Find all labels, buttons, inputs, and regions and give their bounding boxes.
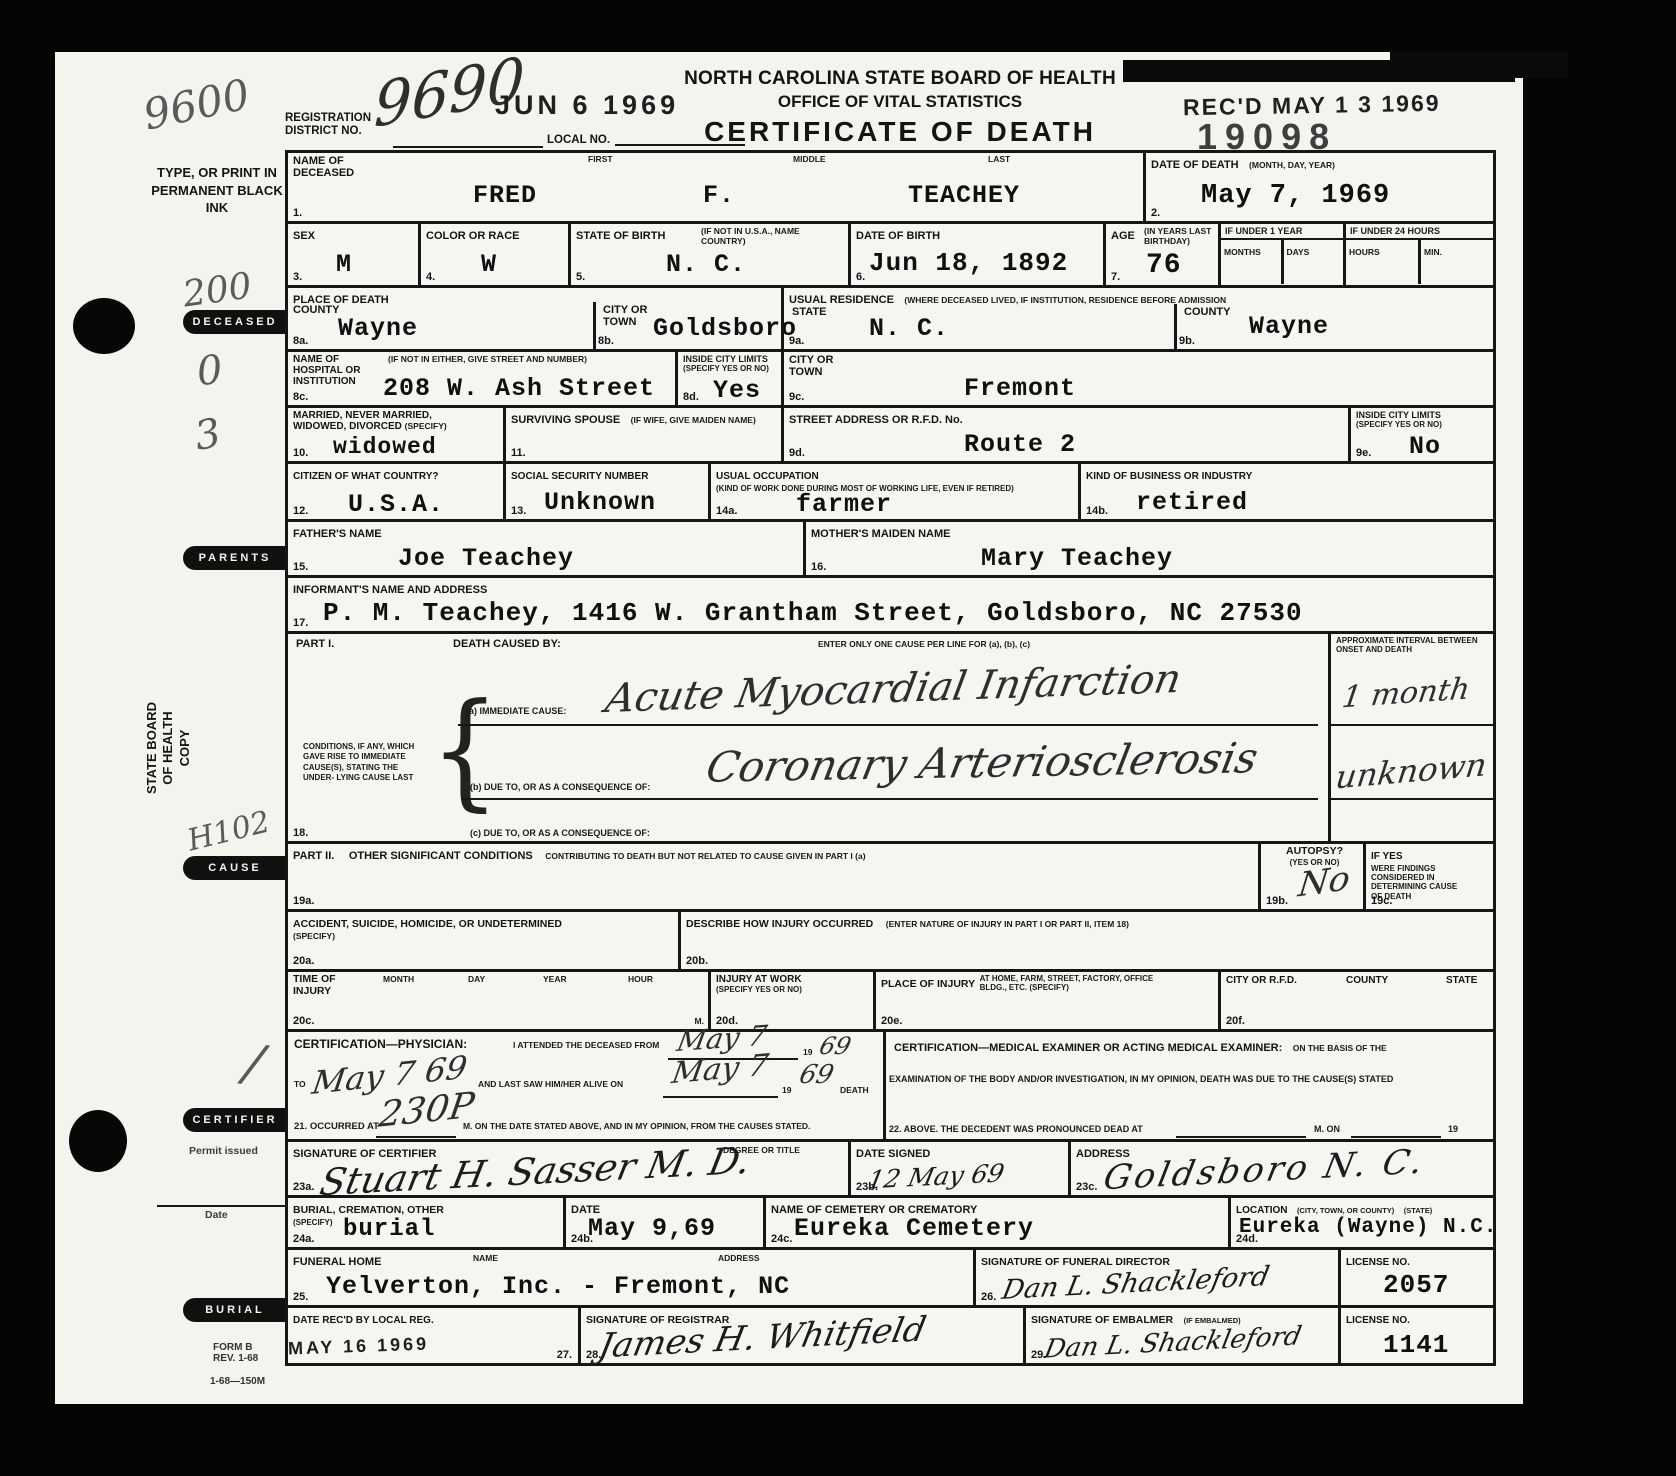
date-of-death-value: May 7, 1969 (1201, 181, 1390, 211)
field-embalmer-license: LICENSE NO. 1141 (1338, 1308, 1493, 1363)
margin-handwritten-mark: / (240, 1033, 268, 1095)
section-part2-other-conditions: PART II. OTHER SIGNIFICANT CONDITIONS CO… (288, 844, 1258, 909)
field-place-of-injury: PLACE OF INJURY AT HOME, FARM, STREET, F… (873, 972, 1218, 1029)
cause-b-value: Coronary Arteriosclerosis (702, 733, 1262, 792)
local-no-label: LOCAL NO. (547, 134, 610, 147)
director-license-value: 2057 (1383, 1270, 1449, 1300)
autopsy-value: No (1296, 859, 1352, 906)
column-first: FIRST (588, 155, 613, 165)
location-value: Eureka (Wayne) N.C. (1239, 1216, 1497, 1239)
field-inside-city-limits-8d: INSIDE CITY LIMITS (SPECIFY YES OR NO) Y… (675, 352, 781, 405)
field-state-of-birth: STATE OF BIRTH (IF NOT IN U.S.A., NAME C… (568, 224, 848, 285)
field-if-under-1-year: IF UNDER 1 YEAR MONTHS DAYS (1218, 224, 1343, 285)
industry-value: retired (1136, 488, 1248, 517)
field-fathers-name: FATHER'S NAME Joe Teachey 15. (288, 522, 803, 575)
cemetery-value: Eureka Cemetery (794, 1214, 1034, 1243)
column-middle: MIDDLE (793, 155, 826, 165)
limits-8d-value: Yes (713, 376, 761, 405)
marital-value: widowed (333, 434, 437, 460)
field-how-injury-occurred: DESCRIBE HOW INJURY OCCURRED (ENTER NATU… (678, 912, 1493, 969)
date-signed-value: 12 May 69 (865, 1159, 1006, 1195)
conditions-note: CONDITIONS, IF ANY, WHICH GAVE RISE TO I… (303, 742, 421, 784)
months-subcell: MONTHS (1221, 240, 1281, 284)
field-city-or-town-9c: CITY ORTOWN Fremont 9c. (781, 352, 1493, 405)
field-funeral-director-signature: SIGNATURE OF FUNERAL DIRECTOR Dan L. Sha… (973, 1250, 1338, 1305)
field-date-of-death: DATE OF DEATH (MONTH, DAY, YEAR) May 7, … (1143, 153, 1493, 221)
field-kind-of-business: KIND OF BUSINESS OR INDUSTRY retired 14b… (1078, 464, 1493, 519)
date-label: Date (205, 1210, 228, 1222)
tab-certifier: CERTIFIER (183, 1108, 287, 1132)
margin-handwritten-number: 9600 (139, 69, 254, 139)
tab-burial: BURIAL (183, 1298, 287, 1322)
middle-name-value: F. (703, 181, 735, 210)
tab-deceased: DECEASED (183, 310, 287, 334)
certificate-form: NAME OFDECEASED FIRST MIDDLE LAST FRED F… (285, 150, 1496, 1366)
mother-value: Mary Teachey (981, 544, 1173, 573)
street-9d-value: Route 2 (964, 430, 1076, 459)
cause-c-label: (c) DUE TO, OR AS A CONSEQUENCE OF: (470, 828, 650, 838)
field-hospital-or-institution: NAME OFHOSPITAL ORINSTITUTION (IF NOT IN… (288, 352, 675, 405)
field-burial-date: DATE May 9,69 24b. (563, 1198, 763, 1247)
last-saw-value: May 7 (669, 1048, 771, 1091)
section-certification-medical-examiner: CERTIFICATION—MEDICAL EXAMINER OR ACTING… (883, 1032, 1493, 1139)
field-marital-status: MARRIED, NEVER MARRIED, WIDOWED, DIVORCE… (288, 408, 503, 461)
interval-a-value: 1 month (1340, 672, 1472, 716)
last-saw-year: 69 (796, 1060, 837, 1090)
certificate-title-block: NORTH CAROLINA STATE BOARD OF HEALTH OFF… (675, 68, 1125, 148)
print-instruction: TYPE, OR PRINT IN PERMANENT BLACK INK (147, 164, 287, 217)
city-9c-value: Fremont (964, 374, 1076, 403)
ssn-value: Unknown (544, 488, 656, 517)
column-approximate-interval: APPROXIMATE INTERVAL BETWEEN ONSET AND D… (1328, 634, 1493, 841)
days-subcell: DAYS (1281, 240, 1344, 284)
local-reg-date-stamp: MAY 16 1969 (288, 1334, 430, 1360)
county-9b-label: COUNTY (1184, 306, 1230, 318)
field-autopsy: AUTOPSY? (YES OR NO) No 19b. (1258, 844, 1363, 909)
cause-a-label: (a) IMMEDIATE CAUSE: (466, 706, 566, 716)
brace: { (430, 676, 500, 823)
state-9a-value: N. C. (869, 314, 949, 343)
tab-parents: PARENTS (183, 546, 287, 570)
margin-handwritten-number: 3 (191, 410, 224, 460)
field-date-recd-local-reg: DATE REC'D BY LOCAL REG. MAY 16 1969 27. (288, 1308, 578, 1363)
field-informant: INFORMANT'S NAME AND ADDRESS P. M. Teach… (288, 578, 1493, 631)
form-number: FORM B REV. 1-68 (213, 1342, 258, 1364)
field-registrar-signature: SIGNATURE OF REGISTRAR James H. Whitfiel… (578, 1308, 1023, 1363)
scanned-death-certificate: 9600 TYPE, OR PRINT IN PERMANENT BLACK I… (0, 0, 1676, 1476)
permit-issued-label: Permit issued (189, 1146, 258, 1158)
column-last: LAST (988, 155, 1010, 165)
margin-handwritten-number: 0 (195, 347, 225, 395)
margin-handwritten-number: 200 (180, 265, 254, 315)
first-name-value: FRED (473, 181, 537, 210)
state-of-birth-value: N. C. (666, 250, 746, 279)
field-certifier-address: ADDRESS Goldsboro N. C. 23c. (1068, 1142, 1493, 1195)
tab-cause: CAUSE (183, 856, 287, 880)
field-director-license: LICENSE NO. 2057 (1338, 1250, 1493, 1305)
field-signature-of-certifier: SIGNATURE OF CERTIFIER DEGREE OR TITLE S… (288, 1142, 848, 1195)
county-9b-value: Wayne (1249, 312, 1329, 341)
field-inside-city-limits-9e: INSIDE CITY LIMITS (SPECIFY YES OR NO) N… (1348, 408, 1493, 461)
limits-9e-value: No (1409, 432, 1441, 461)
field-time-of-injury: TIME OFINJURY MONTH DAY YEAR HOUR 20c. M… (288, 972, 708, 1029)
group-usual-residence: USUAL RESIDENCE (WHERE DECEASED LIVED, I… (781, 288, 1493, 349)
punch-hole (73, 298, 135, 354)
certificate-title: CERTIFICATE OF DEATH (675, 116, 1125, 147)
city-8b-value: Goldsboro (653, 314, 797, 343)
cause-b-line (463, 798, 1318, 800)
burial-date-value: May 9,69 (588, 1214, 716, 1243)
field-funeral-home: FUNERAL HOME NAME ADDRESS Yelverton, Inc… (288, 1250, 973, 1305)
certifier-address-value: Goldsboro N. C. (1100, 1142, 1429, 1199)
field-usual-occupation: USUAL OCCUPATION (KIND OF WORK DONE DURI… (708, 464, 1078, 519)
field-name-of-deceased: NAME OFDECEASED FIRST MIDDLE LAST FRED F… (288, 153, 1143, 221)
cause-a-line (458, 724, 1318, 726)
field-surviving-spouse: SURVIVING SPOUSE (IF WIFE, GIVE MAIDEN N… (503, 408, 781, 461)
certificate-paper: 9600 TYPE, OR PRINT IN PERMANENT BLACK I… (55, 52, 1523, 1404)
last-name-value: TEACHEY (908, 181, 1020, 210)
field-date-of-birth: DATE OF BIRTH Jun 18, 1892 6. (848, 224, 1103, 285)
state-9a-label: STATE (792, 306, 826, 318)
hours-subcell: HOURS (1346, 240, 1418, 284)
attended-from-year: 69 (817, 1032, 855, 1060)
registration-line (393, 146, 543, 148)
scan-artifact-bar (1390, 52, 1568, 78)
field-mothers-maiden-name: MOTHER'S MAIDEN NAME Mary Teachey 16. (803, 522, 1493, 575)
field-color-or-race: COLOR OR RACE W 4. (418, 224, 568, 285)
section-part1-cause: PART I. DEATH CAUSED BY: ENTER ONLY ONE … (288, 634, 1328, 841)
field-date-signed: DATE SIGNED 12 May 69 23b. (848, 1142, 1068, 1195)
section-certification-physician: CERTIFICATION—PHYSICIAN: I ATTENDED THE … (288, 1032, 883, 1139)
org-line-2: OFFICE OF VITAL STATISTICS (675, 92, 1125, 111)
registration-district-label: REGISTRATION DISTRICT NO. (285, 112, 371, 138)
field-findings-considered: IF YES WERE FINDINGS CONSIDERED IN DETER… (1363, 844, 1493, 909)
embalmer-signature: Dan L. Shackleford (1042, 1321, 1304, 1364)
group-place-of-death: PLACE OF DEATH COUNTY Wayne 8a. CITY ORT… (288, 288, 781, 349)
race-value: W (481, 250, 497, 279)
occupation-value: farmer (796, 490, 892, 519)
city-8b-label: CITY ORTOWN (603, 304, 647, 329)
age-value: 76 (1146, 250, 1182, 281)
date-of-birth-value: Jun 18, 1892 (869, 248, 1068, 278)
embalmer-license-value: 1141 (1383, 1330, 1449, 1360)
received-date-stamp: JUN 6 1969 (495, 90, 679, 121)
burial-type-value: burial (343, 1216, 435, 1243)
field-embalmer-signature: SIGNATURE OF EMBALMER (IF EMBALMED) Dan … (1023, 1308, 1338, 1363)
field-cemetery-name: NAME OF CEMETERY OR CREMATORY Eureka Cem… (763, 1198, 1228, 1247)
father-value: Joe Teachey (398, 544, 574, 573)
county-8a-label: COUNTY (293, 304, 339, 316)
informant-value: P. M. Teachey, 1416 W. Grantham Street, … (323, 598, 1303, 628)
field-cemetery-location: LOCATION (CITY, TOWN, OR COUNTY) (STATE)… (1228, 1198, 1493, 1247)
print-run-note: 1-68—150M (210, 1376, 265, 1387)
field-if-under-24-hours: IF UNDER 24 HOURS HOURS MIN. (1343, 224, 1493, 285)
interval-b-value: unknown (1334, 746, 1489, 797)
hospital-value: 208 W. Ash Street (383, 374, 655, 403)
org-line-1: NORTH CAROLINA STATE BOARD OF HEALTH (675, 68, 1125, 89)
cause-b-label: (b) DUE TO, OR AS A CONSEQUENCE OF: (470, 782, 650, 792)
field-sex: SEX M 3. (288, 224, 418, 285)
funeral-home-value: Yelverton, Inc. - Fremont, NC (326, 1272, 790, 1301)
cause-a-value: Acute Myocardial Infarction (602, 656, 1185, 722)
county-8a-value: Wayne (338, 314, 418, 343)
field-accident-suicide-homicide: ACCIDENT, SUICIDE, HOMICIDE, OR UNDETERM… (288, 912, 678, 969)
field-burial-cremation: BURIAL, CREMATION, OTHER (SPECIFY) buria… (288, 1198, 563, 1247)
field-injury-location: CITY OR R.F.D. COUNTY STATE 20f. (1218, 972, 1493, 1029)
field-social-security-number: SOCIAL SECURITY NUMBER Unknown 13. (503, 464, 708, 519)
sex-value: M (336, 250, 352, 279)
field-street-address-9d: STREET ADDRESS OR R.F.D. No. Route 2 9d. (781, 408, 1348, 461)
field-age: AGE (IN YEARS LAST BIRTHDAY) 76 7. (1103, 224, 1218, 285)
citizen-value: U.S.A. (348, 490, 444, 519)
copy-designation: STATE BOARD OF HEALTH COPY (144, 681, 240, 815)
field-citizen-of-country: CITIZEN OF WHAT COUNTRY? U.S.A. 12. (288, 464, 503, 519)
min-subcell: MIN. (1418, 240, 1493, 284)
punch-hole (69, 1110, 127, 1172)
